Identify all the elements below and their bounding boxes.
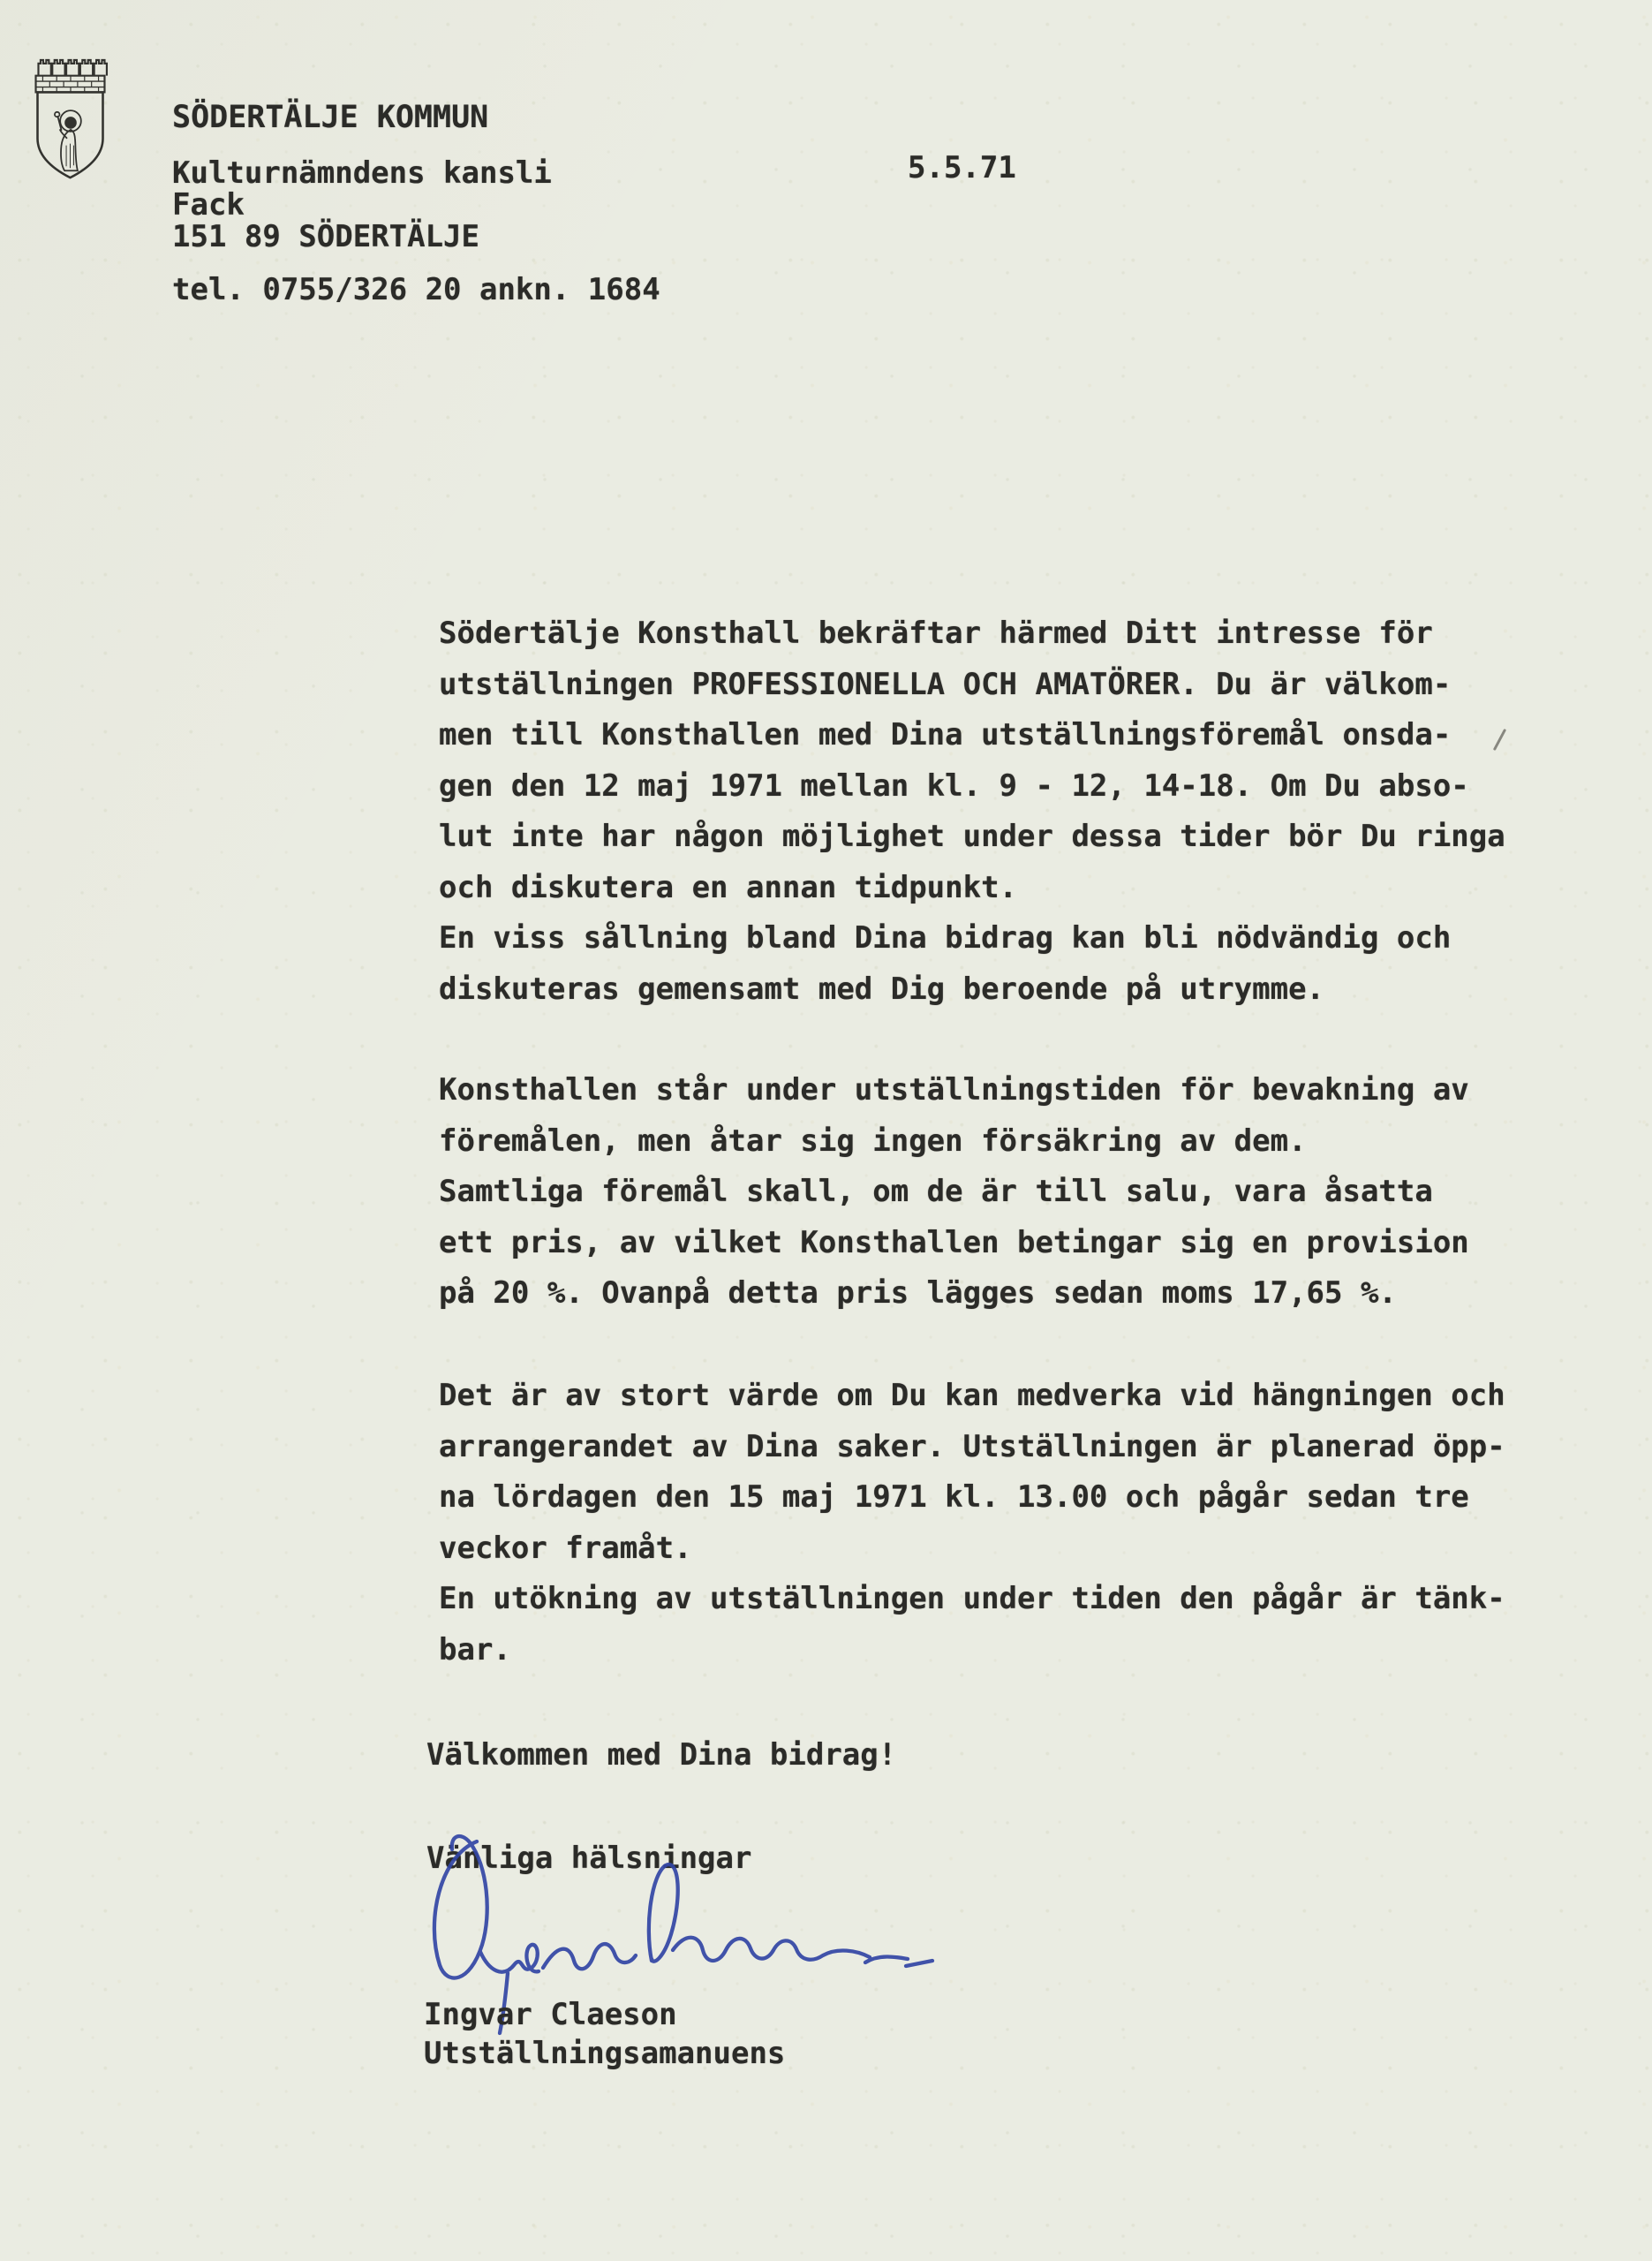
letter-page: SÖDERTÄLJE KOMMUN Kulturnämndens kansli … <box>0 0 1652 2261</box>
paragraph-2: Konsthallen står under utställningstiden… <box>439 1065 1469 1320</box>
sender-address-block: Kulturnämndens kansli Fack 151 89 SÖDERT… <box>172 157 552 253</box>
letter-line: på 20 %. Ovanpå detta pris lägges sedan … <box>439 1268 1469 1320</box>
signature-block: Ingvar Claeson Utställningsamanuens <box>424 1995 785 2073</box>
letter-line: Samtliga föremål skall, om de är till sa… <box>439 1167 1469 1218</box>
letter-line: men till Konsthallen med Dina utställnin… <box>439 710 1505 761</box>
letter-line: och diskutera en annan tidpunkt. <box>439 863 1505 914</box>
letter-line: En viss sållning bland Dina bidrag kan b… <box>439 913 1505 964</box>
sodertalje-coat-of-arms-icon <box>28 55 112 185</box>
saint-figure <box>55 110 81 170</box>
phone-line: tel. 0755/326 20 ankn. 1684 <box>172 274 660 306</box>
department-line: Kulturnämndens kansli <box>172 157 552 189</box>
letter-line: Det är av stort värde om Du kan medverka… <box>439 1371 1505 1422</box>
date-text: 5.5.71 <box>908 150 1016 185</box>
invitation-text: Välkommen med Dina bidrag! <box>426 1737 896 1773</box>
letter-line: bar. <box>439 1625 1505 1676</box>
phone-text: tel. 0755/326 20 ankn. 1684 <box>172 272 660 307</box>
letter-line: na lördagen den 15 maj 1971 kl. 13.00 oc… <box>439 1472 1505 1524</box>
paragraph-1: Södertälje Konsthall bekräftar härmed Di… <box>439 609 1505 1015</box>
address-line-1: Fack <box>172 189 552 221</box>
letter-line: ett pris, av vilket Konsthallen betingar… <box>439 1218 1469 1269</box>
mural-crown <box>36 60 107 93</box>
letter-line: veckor framåt. <box>439 1524 1505 1575</box>
letter-line: diskuteras gemensamt med Dig beroende på… <box>439 964 1505 1016</box>
letter-line: gen den 12 maj 1971 mellan kl. 9 - 12, 1… <box>439 761 1505 813</box>
signer-title: Utställningsamanuens <box>424 2034 785 2073</box>
org-name: SÖDERTÄLJE KOMMUN <box>172 102 488 133</box>
paragraph-3: Det är av stort värde om Du kan medverka… <box>439 1371 1505 1675</box>
letter-line: utställningen PROFESSIONELLA OCH AMATÖRE… <box>439 660 1505 711</box>
letter-date: 5.5.71 <box>908 152 1016 184</box>
signer-name: Ingvar Claeson <box>424 1995 785 2034</box>
letter-line: lut inte har någon möjlighet under dessa… <box>439 812 1505 863</box>
letter-line: En utökning av utställningen under tiden… <box>439 1574 1505 1625</box>
letter-line: arrangerandet av Dina saker. Utställning… <box>439 1422 1505 1473</box>
invitation-line: Välkommen med Dina bidrag! <box>426 1730 896 1781</box>
org-name-text: SÖDERTÄLJE KOMMUN <box>172 100 488 135</box>
letter-line: Södertälje Konsthall bekräftar härmed Di… <box>439 609 1505 660</box>
letter-line: föremålen, men åtar sig ingen försäkring… <box>439 1116 1469 1168</box>
address-line-2: 151 89 SÖDERTÄLJE <box>172 221 552 253</box>
letter-line: Konsthallen står under utställningstiden… <box>439 1065 1469 1116</box>
